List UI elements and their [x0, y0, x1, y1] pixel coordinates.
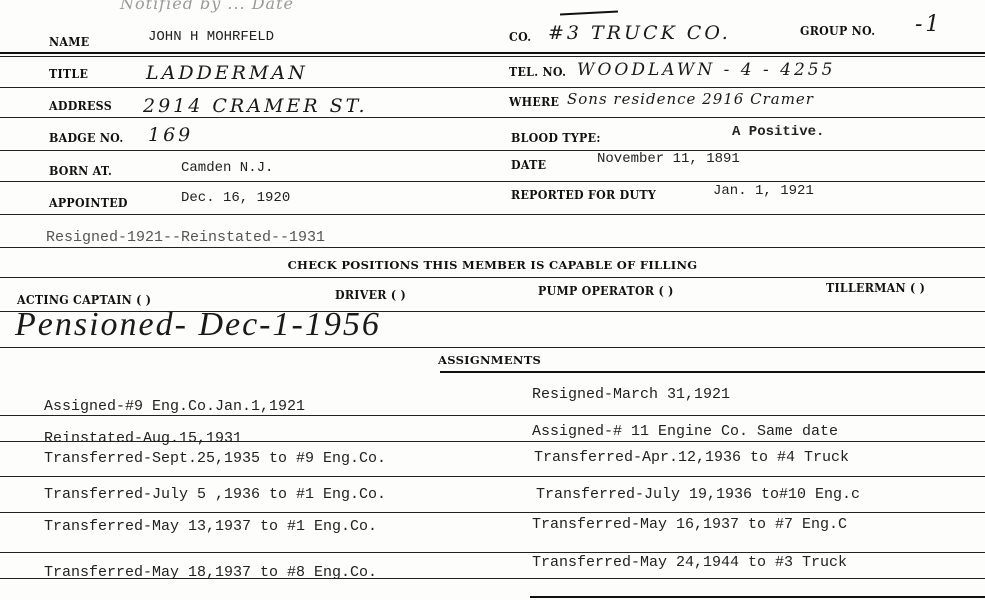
assignment-right-4: Transferred-July 19,1936 to#10 Eng.c: [536, 486, 860, 503]
pen-mark: [560, 10, 618, 15]
assignment-right-6: Transferred-May 24,1944 to #3 Truck: [532, 554, 847, 571]
appointed-value: Dec. 16, 1920: [181, 190, 290, 206]
rule: [0, 87, 985, 88]
rule: [0, 52, 985, 54]
rule: [0, 476, 985, 477]
tel-label: TEL. NO.: [509, 65, 566, 79]
rule: [530, 596, 985, 598]
group-value: -1: [915, 12, 942, 37]
rule: [0, 441, 985, 442]
rule: [0, 552, 985, 553]
born-at-value: Camden N.J.: [181, 160, 273, 176]
where-label: WHERE: [509, 95, 559, 109]
rule: [0, 512, 985, 513]
badge-label: BADGE NO.: [49, 131, 124, 145]
co-value: #3 TRUCK CO.: [548, 22, 731, 44]
faint-handwritten-note: Notified by ... Date: [120, 0, 294, 13]
personnel-record-card: Notified by ... Date NAME JOHN H MOHRFEL…: [0, 0, 985, 600]
rule: [0, 578, 985, 579]
pensioned-note: Pensioned- Dec-1-1956: [15, 306, 381, 344]
rule: [0, 117, 985, 118]
title-label: TITLE: [49, 67, 88, 81]
assignment-left-4: Transferred-July 5 ,1936 to #1 Eng.Co.: [44, 486, 386, 503]
assignment-left-5: Transferred-May 13,1937 to #1 Eng.Co.: [44, 518, 377, 535]
assignment-right-3: Transferred-Apr.12,1936 to #4 Truck: [534, 449, 849, 466]
co-label: CO.: [509, 30, 531, 44]
address-label: ADDRESS: [49, 99, 112, 113]
rule: [0, 214, 985, 215]
where-value: Sons residence 2916 Cramer: [567, 90, 814, 108]
reported-for-duty-label: REPORTED FOR DUTY: [511, 188, 656, 202]
date-label: DATE: [511, 158, 546, 172]
rule: [0, 56, 985, 57]
rule: [0, 415, 985, 416]
rule: [0, 277, 985, 278]
assignment-left-3: Transferred-Sept.25,1935 to #9 Eng.Co.: [44, 450, 386, 467]
blood-type-value: A Positive.: [732, 124, 824, 140]
rule: [0, 247, 985, 248]
born-at-label: BORN AT.: [49, 164, 112, 178]
service-note: Resigned-1921--Reinstated--1931: [46, 229, 325, 246]
rule: [440, 371, 985, 373]
name-label: NAME: [49, 35, 89, 49]
tel-value: WOODLAWN - 4 - 4255: [577, 60, 835, 80]
assignment-left-1: Assigned-#9 Eng.Co.Jan.1,1921: [44, 398, 305, 415]
rule: [0, 150, 985, 151]
address-value: 2914 CRAMER ST.: [143, 95, 368, 117]
positions-heading: CHECK POSITIONS THIS MEMBER IS CAPABLE O…: [0, 258, 985, 272]
rule: [0, 347, 985, 348]
assignment-left-2: Reinstated-Aug.15,1931: [44, 430, 242, 447]
name-value: JOHN H MOHRFELD: [148, 29, 274, 45]
group-label: GROUP NO.: [800, 24, 875, 38]
rule: [0, 181, 985, 182]
assignments-heading: ASSIGNMENTS: [438, 353, 541, 367]
reported-for-duty-value: Jan. 1, 1921: [713, 183, 814, 199]
blood-type-label: BLOOD TYPE:: [511, 131, 601, 145]
acting-captain-option[interactable]: ACTING CAPTAIN ( ): [17, 293, 151, 307]
date-value: November 11, 1891: [597, 151, 740, 167]
assignment-right-2: Assigned-# 11 Engine Co. Same date: [532, 423, 838, 440]
title-value: LADDERMAN: [146, 62, 308, 84]
pump-operator-option[interactable]: PUMP OPERATOR ( ): [538, 284, 674, 298]
driver-option[interactable]: DRIVER ( ): [335, 288, 406, 302]
badge-value: 169: [148, 124, 193, 146]
assignment-right-5: Transferred-May 16,1937 to #7 Eng.C: [532, 516, 847, 533]
tillerman-option[interactable]: TILLERMAN ( ): [826, 281, 925, 295]
assignment-right-1: Resigned-March 31,1921: [532, 386, 730, 403]
